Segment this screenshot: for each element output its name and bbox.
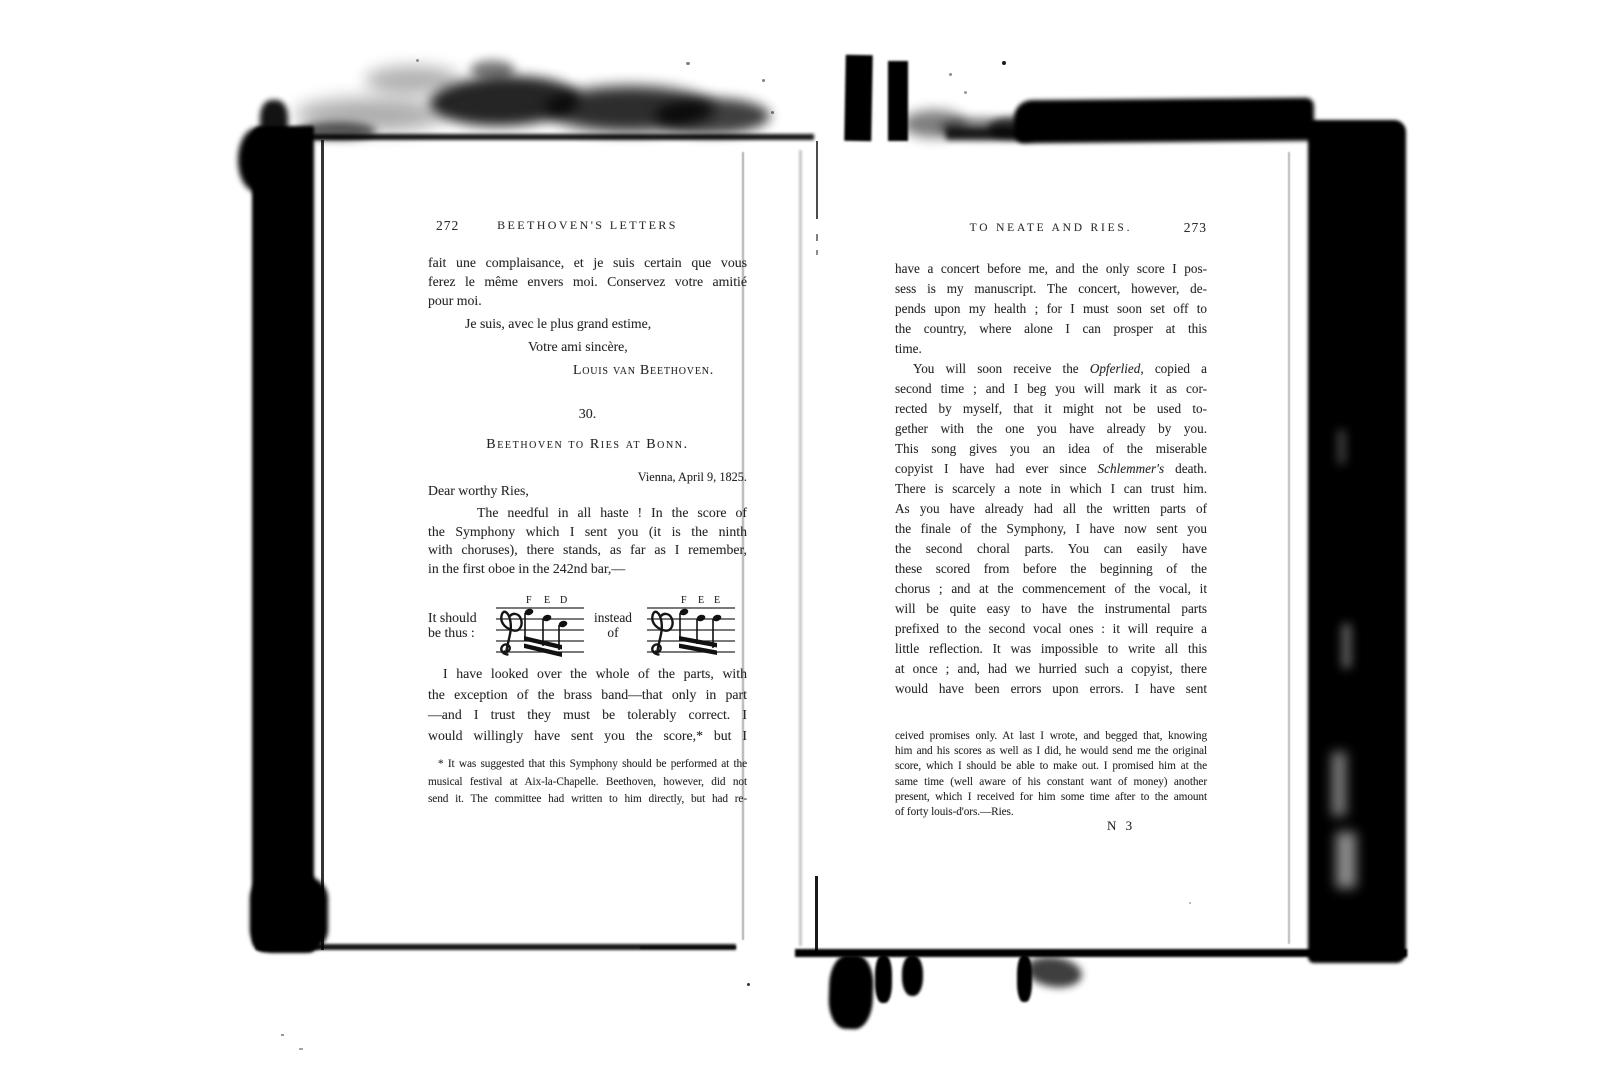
text-line: The needful in all haste ! In the score … — [428, 504, 747, 523]
text-line: copyist I have had ever since Schlemmer'… — [895, 459, 1207, 479]
treble-clef-icon — [501, 612, 521, 655]
ink-bar — [844, 55, 872, 141]
caption-line: It should — [428, 610, 490, 625]
music-staff-2 — [637, 590, 737, 660]
text-line: chorus ; and at the commencement of the … — [895, 579, 1207, 599]
text-segment: copyist I have had ever since — [895, 461, 1098, 476]
text-line: these scored from before the beginning o… — [895, 559, 1207, 579]
text-line: This song gives you an idea of the miser… — [895, 439, 1207, 459]
left-running-title: BEETHOVEN'S LETTERS — [428, 218, 747, 233]
footnote-line: ceived promises only. At last I wrote, a… — [895, 729, 1207, 744]
text-line: the country, where alone I can prosper a… — [895, 319, 1207, 339]
right-running-header: TO NEATE AND RIES. 273 — [895, 222, 1207, 240]
ink-speck — [964, 91, 967, 94]
footnote-line: * It was suggested that this Symphony sh… — [428, 756, 747, 774]
ink-top-band — [1014, 98, 1314, 144]
connector-line: instead — [586, 610, 640, 625]
ink-speck — [771, 111, 774, 114]
text-line: with choruses), there stands, as far as … — [428, 541, 747, 560]
ink-band-left — [252, 126, 314, 952]
ink-page-bottom-edge — [640, 946, 736, 949]
signature-mark: N 3 — [1107, 818, 1135, 834]
ink-drip — [875, 955, 892, 1003]
text-line: in the first oboe in the 242nd bar,— — [428, 560, 747, 579]
gutter-line — [816, 250, 818, 255]
text-line: the finale of the Symphony, I have now s… — [895, 519, 1207, 539]
music-example-figure: It should be thus : — [428, 588, 747, 662]
letter-paragraph: The needful in all haste ! In the score … — [428, 504, 747, 578]
footnote-line: same time (well aware of his constant wa… — [895, 775, 1207, 790]
text-line: As you have already had all the written … — [895, 499, 1207, 519]
footnote-line: him and his scores as well as I did, he … — [895, 744, 1207, 759]
ink-speck — [747, 983, 750, 986]
letter-heading: Beethoven to Ries at Bonn. — [428, 437, 747, 453]
footnote-line: musical festival at Aix-la-Chapelle. Bee… — [428, 774, 747, 792]
note-name: E — [714, 595, 720, 606]
text-line: rected by myself, that it might not be u… — [895, 399, 1207, 419]
ink-smudge — [470, 60, 515, 80]
signature-line: Louis van Beethoven. — [428, 358, 747, 381]
text-line: the second choral parts. You can easily … — [895, 539, 1207, 559]
ink-speck — [299, 1048, 303, 1050]
text-segment: death. — [1164, 461, 1207, 476]
text-line: pends upon my health ; for I must soon s… — [895, 299, 1207, 319]
text-line: pour moi. — [428, 291, 747, 310]
ink-band-speckle — [1336, 832, 1356, 888]
gutter-line — [816, 141, 818, 219]
text-line: There is scarcely a note in which I can … — [895, 479, 1207, 499]
note-name: F — [681, 595, 687, 606]
text-line: ferez le même envers moi. Conservez votr… — [428, 272, 747, 291]
footnote-line: send it. The committee had written to hi… — [428, 791, 747, 809]
book-scan: 272 BEETHOVEN'S LETTERS fait une complai… — [0, 0, 1600, 1088]
valediction: Je suis, avec le plus grand estime, Votr… — [428, 312, 747, 381]
right-footnote: ceived promises only. At last I wrote, a… — [895, 729, 1207, 820]
ink-speck — [949, 73, 952, 76]
right-page: TO NEATE AND RIES. 273 have a concert be… — [895, 222, 1207, 862]
french-closing-paragraph: fait une complaisance, et je suis certai… — [428, 253, 747, 311]
letter-body: have a concert before me, and the only s… — [895, 259, 1207, 699]
notes-icon — [679, 608, 722, 623]
ink-drip — [902, 955, 923, 996]
text-line: gether with the one you have already by … — [895, 419, 1207, 439]
text-line: little reflection. It was impossible to … — [895, 639, 1207, 659]
caption-line: be thus : — [428, 625, 490, 640]
ink-band-speckle — [1342, 624, 1351, 668]
ink-band-speckle — [1338, 430, 1345, 464]
left-page: 272 BEETHOVEN'S LETTERS fait une complai… — [428, 218, 747, 838]
text-line: will be quite easy to have the instrumen… — [895, 599, 1207, 619]
ink-speck — [1002, 61, 1006, 65]
ink-band-right — [1308, 120, 1406, 963]
text-line: time. — [895, 339, 1207, 359]
text-line: I have looked over the whole of the part… — [428, 664, 747, 685]
notes-icon — [524, 608, 568, 629]
right-running-title: TO NEATE AND RIES. — [895, 222, 1207, 234]
italic-word: Opferlied, — [1090, 361, 1144, 376]
text-segment: You will soon receive the — [913, 361, 1090, 376]
footnote-line: of forty louis-d'ors.—Ries. — [895, 805, 1207, 820]
text-line: Votre ami sincère, — [428, 335, 747, 358]
text-segment: copied a — [1144, 361, 1207, 376]
footnote-line: present, which I received for him some t… — [895, 790, 1207, 805]
text-line: sess is my manuscript. The concert, howe… — [895, 279, 1207, 299]
gutter-line — [816, 234, 818, 241]
note-name: F — [526, 595, 532, 606]
page-edge-line — [1288, 152, 1290, 944]
text-line: You will soon receive the Opferlied, cop… — [895, 359, 1207, 379]
text-line: the Symphony which I sent you (it is the… — [428, 523, 747, 542]
text-line: Je suis, avec le plus grand estime, — [428, 312, 747, 335]
ink-page-top-edge — [298, 134, 814, 140]
ink-smudge — [365, 66, 460, 94]
ink-smudge — [655, 98, 770, 134]
treble-clef-icon — [652, 612, 672, 655]
note-name: E — [698, 595, 704, 606]
ink-speck — [416, 59, 419, 62]
figure-caption: It should be thus : — [428, 610, 490, 640]
ink-band-speckle — [1332, 752, 1346, 816]
ink-speck — [1189, 902, 1191, 904]
text-line: at once ; and, had we hurried such a cop… — [895, 659, 1207, 679]
text-line: —and I trust they must be tolerably corr… — [428, 705, 747, 726]
note-name: D — [560, 595, 567, 606]
gutter-line — [815, 876, 818, 952]
text-line: would willingly have sent you the score,… — [428, 726, 747, 747]
ink-speck — [281, 1034, 284, 1036]
letter-paragraph: I have looked over the whole of the part… — [428, 664, 747, 746]
gutter-shadow — [799, 150, 802, 946]
ink-smudge — [260, 100, 288, 144]
left-page-number: 272 — [436, 218, 459, 234]
left-running-header: 272 BEETHOVEN'S LETTERS — [428, 218, 747, 236]
music-staff-1 — [486, 590, 586, 660]
right-page-number: 273 — [1184, 220, 1207, 236]
ink-smudge — [988, 117, 1043, 139]
text-line: prefixed to the second vocal ones : it w… — [895, 619, 1207, 639]
page-edge-line — [321, 140, 324, 950]
italic-word: Schlemmer's — [1098, 461, 1165, 476]
ink-smudge — [1024, 953, 1084, 991]
footnote-line: score, which I should be able to make ou… — [895, 759, 1207, 774]
ink-speck — [686, 62, 690, 65]
letter-number: 30. — [428, 407, 747, 423]
note-name: E — [544, 595, 550, 606]
connector-line: of — [586, 625, 640, 640]
figure-connector: instead of — [586, 610, 640, 640]
text-line: the exception of the brass band—that onl… — [428, 685, 747, 706]
ink-drip — [828, 954, 875, 1029]
text-line: have a concert before me, and the only s… — [895, 259, 1207, 279]
ink-speck — [762, 79, 765, 82]
text-line: fait une complaisance, et je suis certai… — [428, 253, 747, 272]
salutation: Dear worthy Ries, — [428, 483, 747, 499]
text-line: would have been errors upon errors. I ha… — [895, 679, 1207, 699]
ink-smudge — [250, 876, 328, 952]
left-footnote: * It was suggested that this Symphony sh… — [428, 756, 747, 809]
text-line: second time ; and I beg you will mark it… — [895, 379, 1207, 399]
